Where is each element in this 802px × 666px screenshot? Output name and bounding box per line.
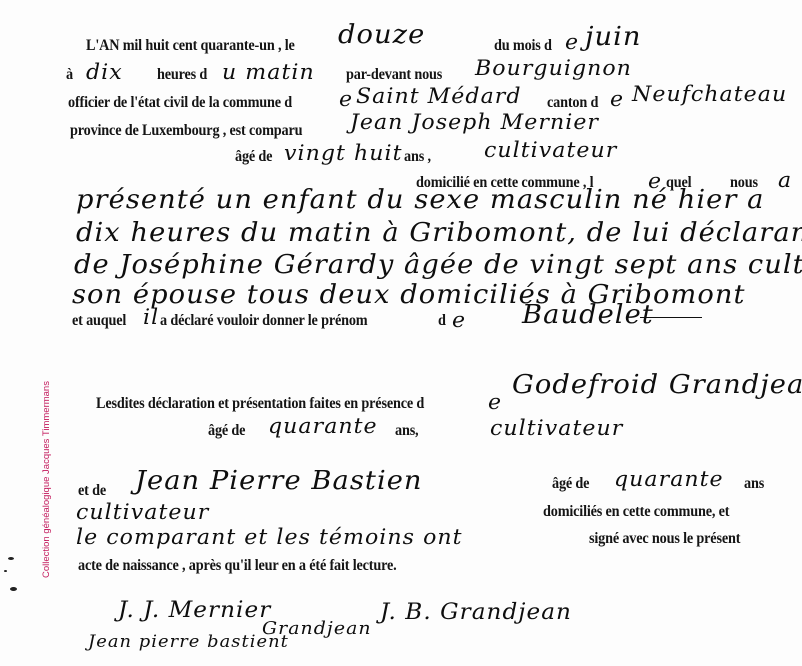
hw-witness2-occupation: cultivateur <box>76 500 209 524</box>
form-text-officier: officier de l'état civil de la commune d <box>68 94 292 112</box>
form-text-ans: ans , <box>404 148 431 166</box>
hw-auquel-mark: il <box>143 305 159 329</box>
collection-watermark: Collection généalogique Jacques Timmerma… <box>41 381 52 578</box>
hw-witness2-age: quarante <box>614 467 724 491</box>
form-text-lesdites: Lesdites déclaration et présentation fai… <box>96 395 424 413</box>
hw-witness2: Jean Pierre Bastien <box>135 466 423 496</box>
scan-speck <box>8 557 14 560</box>
hw-witness1-suffix: e <box>488 390 502 414</box>
hw-day: douze <box>338 20 425 50</box>
hw-officer: Bourguignon <box>475 56 632 80</box>
form-text-witness1-ans: ans, <box>395 422 418 440</box>
signature-witness2: Jean pierre bastient <box>88 632 289 652</box>
birth-record-page: L'AN mil huit cent quarante-un , le douz… <box>0 0 802 666</box>
scan-speck <box>10 587 17 591</box>
form-text-prenom-d: d <box>438 312 446 330</box>
prenom-flourish-line <box>640 317 702 318</box>
form-text-month-label: du mois d <box>494 37 552 55</box>
hw-witness1-occupation: cultivateur <box>490 416 623 440</box>
form-text-par-devant: par-devant nous <box>346 66 442 84</box>
hw-canton: Neufchateau <box>632 82 787 106</box>
scan-speck <box>4 570 7 572</box>
form-text-acte: acte de naissance , après qu'il leur en … <box>78 557 397 575</box>
hw-hour-suffix: u matin <box>222 60 315 84</box>
form-text-witness2-age: âgé de <box>552 475 589 493</box>
hw-declarant-occupation: cultivateur <box>484 138 617 162</box>
hw-commune: Saint Médard <box>356 84 522 108</box>
form-text-domicilies: domiciliés en cette commune, et <box>543 503 729 521</box>
hw-commune-suffix: e <box>339 87 353 111</box>
form-text-witness2-ans: ans <box>744 475 764 493</box>
hw-body-line-2: dix heures du matin à Gribomont, de lui … <box>76 218 802 248</box>
hw-declarant: Jean Joseph Mernier <box>350 110 599 134</box>
hw-hour: dix <box>86 60 123 84</box>
hw-signing-line: le comparant et les témoins ont <box>76 525 463 549</box>
form-text-age: âgé de <box>235 148 272 166</box>
signature-declarant: J. J. Mernier <box>118 598 271 623</box>
form-text-heures: heures d <box>157 66 207 84</box>
form-text-auquel: et auquel <box>72 312 126 330</box>
form-text-year: L'AN mil huit cent quarante-un , le <box>86 37 295 55</box>
form-text-a: à <box>66 66 73 84</box>
form-text-prenom: a déclaré vouloir donner le prénom <box>160 312 368 330</box>
hw-prenom-suffix: e <box>452 308 466 332</box>
hw-nous-suffix: a <box>778 168 792 192</box>
signature-witness1: Grandjean <box>262 618 372 639</box>
hw-month-suffix: e <box>565 30 579 54</box>
hw-prenom: Baudelet <box>522 300 654 330</box>
form-text-witness1-age: âgé de <box>208 422 245 440</box>
hw-witness1: Godefroid Grandjean <box>512 370 802 400</box>
form-text-et-de: et de <box>78 482 106 500</box>
form-text-signe: signé avec nous le présent <box>589 530 740 548</box>
hw-body-line-1: présenté un enfant du sexe masculin né h… <box>76 185 764 215</box>
signature-officer: J. B. Grandjean <box>380 600 572 625</box>
hw-witness1-age: quarante <box>268 414 378 438</box>
hw-declarant-age: vingt huit <box>284 141 403 165</box>
hw-month: juin <box>585 22 642 52</box>
hw-canton-suffix: e <box>610 87 624 111</box>
form-text-province: province de Luxembourg , est comparu <box>70 122 302 140</box>
hw-body-line-3: de Joséphine Gérardy âgée de vingt sept … <box>74 250 802 280</box>
